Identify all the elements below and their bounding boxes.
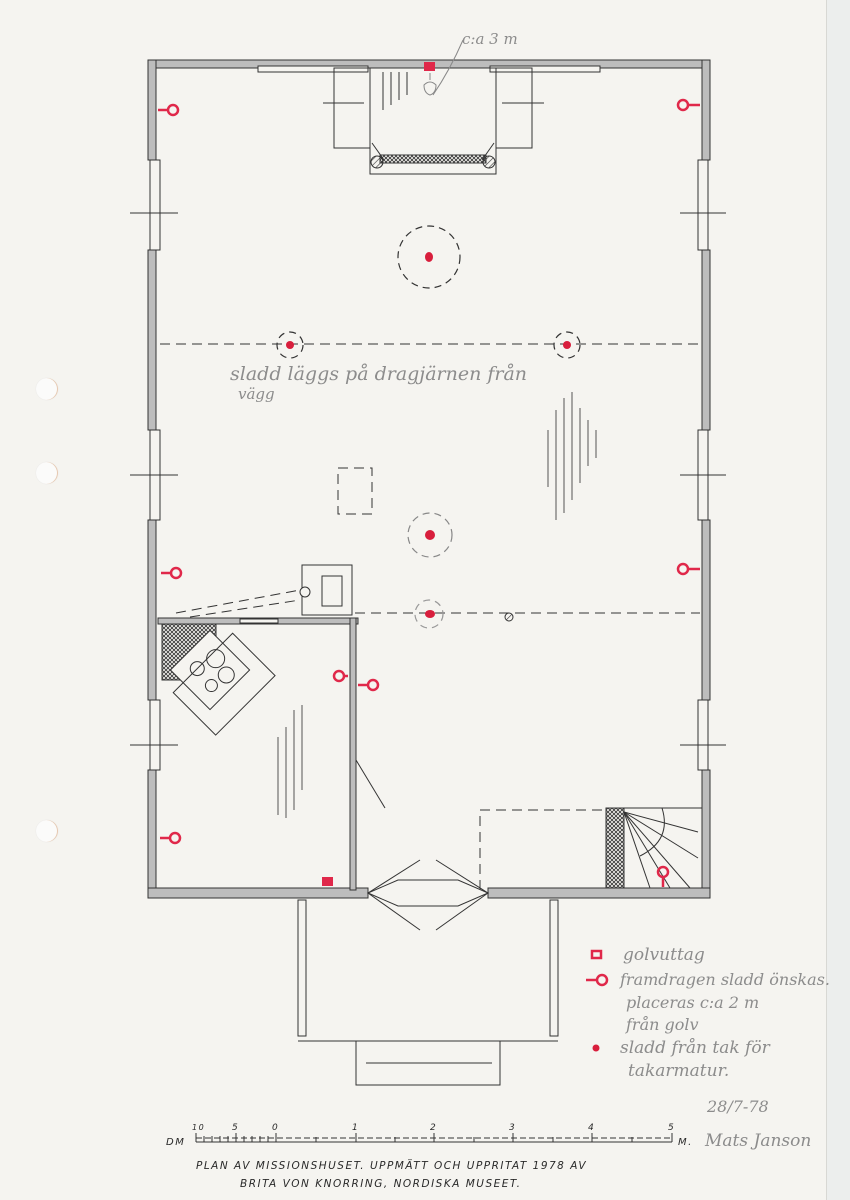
west-wall-2: [148, 250, 156, 430]
east-wall-2: [702, 250, 710, 430]
legend-outlet-icon: [592, 951, 601, 958]
legend-ring-icon: [597, 975, 607, 985]
scale-label-5m: 5: [668, 1123, 675, 1133]
legend-item-1: golvuttag: [623, 945, 705, 965]
stairs: [606, 808, 702, 888]
legend-dot-icon: [593, 1045, 600, 1052]
legend-item-2: framdragen sladd önskas.: [619, 970, 830, 989]
floor-outlets: [322, 62, 435, 886]
legend-item-5: sladd från tak för: [620, 1038, 771, 1058]
scale-label-5dm: 5: [232, 1123, 239, 1133]
scale-label-0: 0: [272, 1123, 279, 1133]
legend: golvuttag framdragen sladd önskas. place…: [586, 945, 830, 1081]
kitchen-room: [158, 565, 385, 890]
west-wall-1: [148, 60, 156, 160]
caption-line-1: PLAN AV MISSIONSHUSET. UPPMÄTT OCH UPPRI…: [196, 1159, 587, 1172]
scale-label-4m: 4: [588, 1123, 595, 1133]
scale-label-3m: 3: [509, 1123, 516, 1133]
pulpit-platform: [323, 68, 544, 174]
south-wall-left: [148, 888, 368, 898]
signature-name: Mats Janson: [704, 1131, 811, 1151]
scale-unit-dm: DM: [166, 1137, 185, 1148]
legend-item-6: takarmatur.: [628, 1061, 729, 1081]
west-wall-4: [148, 770, 156, 896]
kitchen-east-wall: [350, 618, 356, 890]
scale-label-1m: 1: [352, 1123, 359, 1133]
scale-unit-m: M.: [678, 1137, 693, 1148]
beam-note-line1: sladd läggs på dragjärnen från: [230, 363, 527, 385]
west-wall-3: [148, 520, 156, 700]
legend-item-3: placeras c:a 2 m: [626, 993, 759, 1012]
distance-note: c:a 3 m: [462, 30, 518, 48]
caption-line-2: BRITA VON KNORRING, NORDISKA MUSEET.: [240, 1178, 521, 1190]
floor-plan-drawing: c:a 3 m sladd läggs på dragjärnen från v…: [0, 0, 850, 1200]
east-wall-3: [702, 520, 710, 700]
beam-note-line2: vägg: [238, 385, 275, 403]
post: [505, 613, 513, 621]
signature-date: 28/7-78: [706, 1097, 769, 1116]
legend-item-4: från golv: [625, 1015, 699, 1034]
floor-shading: [278, 392, 596, 818]
east-wall-4: [702, 770, 710, 896]
scale-label-10: 10: [192, 1123, 205, 1132]
scale-label-2m: 2: [430, 1123, 437, 1133]
ceiling-cable-dots: [286, 252, 571, 618]
ceiling-light-rings: [277, 226, 580, 628]
wall-cable-rings: [158, 100, 700, 887]
south-wall-right: [488, 888, 710, 898]
scale-bar: [196, 1133, 672, 1142]
east-wall-1: [702, 60, 710, 160]
outer-walls: [148, 60, 710, 898]
